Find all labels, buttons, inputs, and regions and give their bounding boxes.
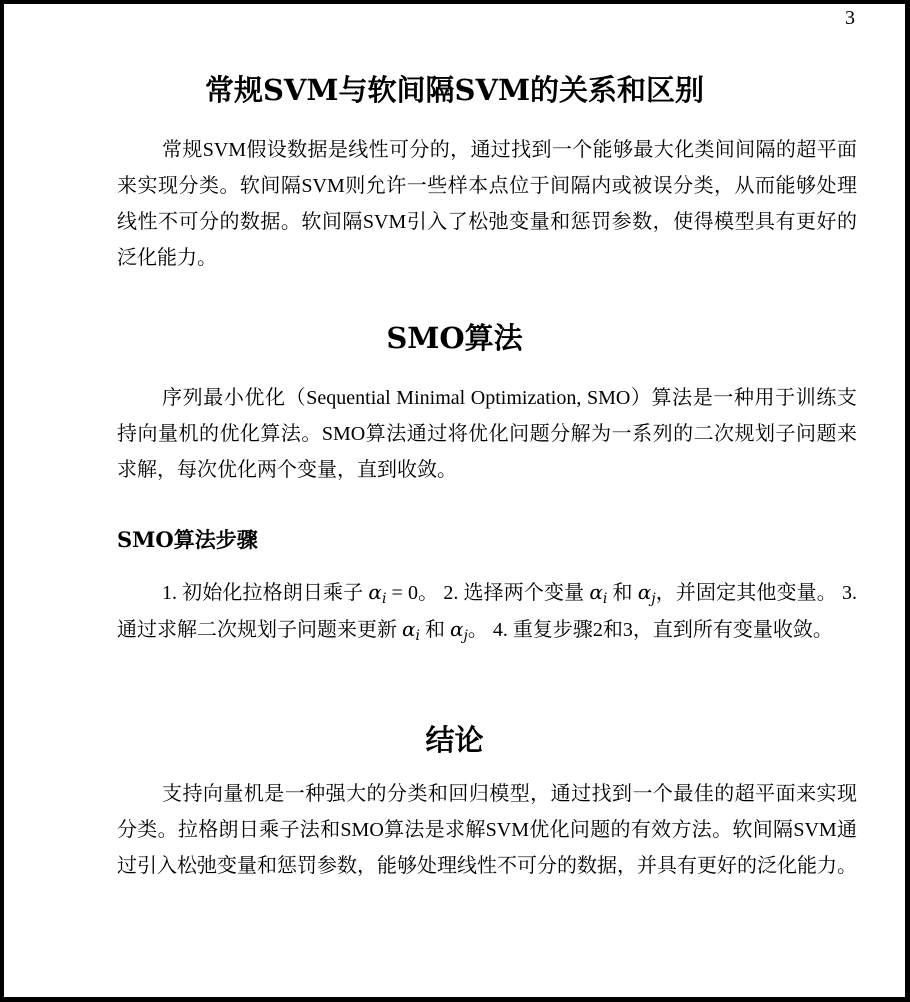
steps-text-2: 。 2. 选择两个变量 xyxy=(418,582,589,604)
alpha-i-math: αi xyxy=(402,617,420,641)
alpha-j-math: αj xyxy=(450,617,468,641)
subsection-title-smo-steps: SMO算法步骤 xyxy=(117,526,258,554)
alpha-symbol: α xyxy=(589,580,603,604)
paragraph-smo: 序列最小优化（Sequential Minimal Optimization, … xyxy=(117,380,857,488)
alpha-i-math: αi xyxy=(368,580,386,604)
alpha-i-math: αi xyxy=(589,580,607,604)
alpha-j-math: αj xyxy=(638,580,656,604)
paragraph-smo-steps: 1. 初始化拉格朗日乘子 αi = 0。 2. 选择两个变量 αi 和 αj，并… xyxy=(117,574,857,648)
steps-text-5: 和 xyxy=(420,619,450,641)
paragraph-svm-comparison: 常规SVM假设数据是线性可分的，通过找到一个能够最大化类间间隔的超平面来实现分类… xyxy=(117,132,857,276)
steps-text-3: 和 xyxy=(607,582,637,604)
paragraph-conclusion: 支持向量机是一种强大的分类和回归模型，通过找到一个最佳的超平面来实现分类。拉格朗… xyxy=(117,776,857,884)
equals-zero: = 0 xyxy=(386,582,418,604)
steps-text-1: 1. 初始化拉格朗日乘子 xyxy=(162,582,368,604)
alpha-symbol: α xyxy=(402,617,416,641)
alpha-symbol: α xyxy=(368,580,382,604)
page-number: 3 xyxy=(845,6,855,30)
document-page: 3 常规SVM与软间隔SVM的关系和区别 常规SVM假设数据是线性可分的，通过找… xyxy=(4,4,905,997)
section-title-svm-comparison: 常规SVM与软间隔SVM的关系和区别 xyxy=(4,72,905,108)
alpha-symbol: α xyxy=(450,617,464,641)
steps-text-6: 。 4. 重复步骤2和3，直到所有变量收敛。 xyxy=(468,619,833,641)
section-title-conclusion: 结论 xyxy=(4,722,905,758)
alpha-symbol: α xyxy=(638,580,652,604)
section-title-smo: SMO算法 xyxy=(4,320,905,356)
